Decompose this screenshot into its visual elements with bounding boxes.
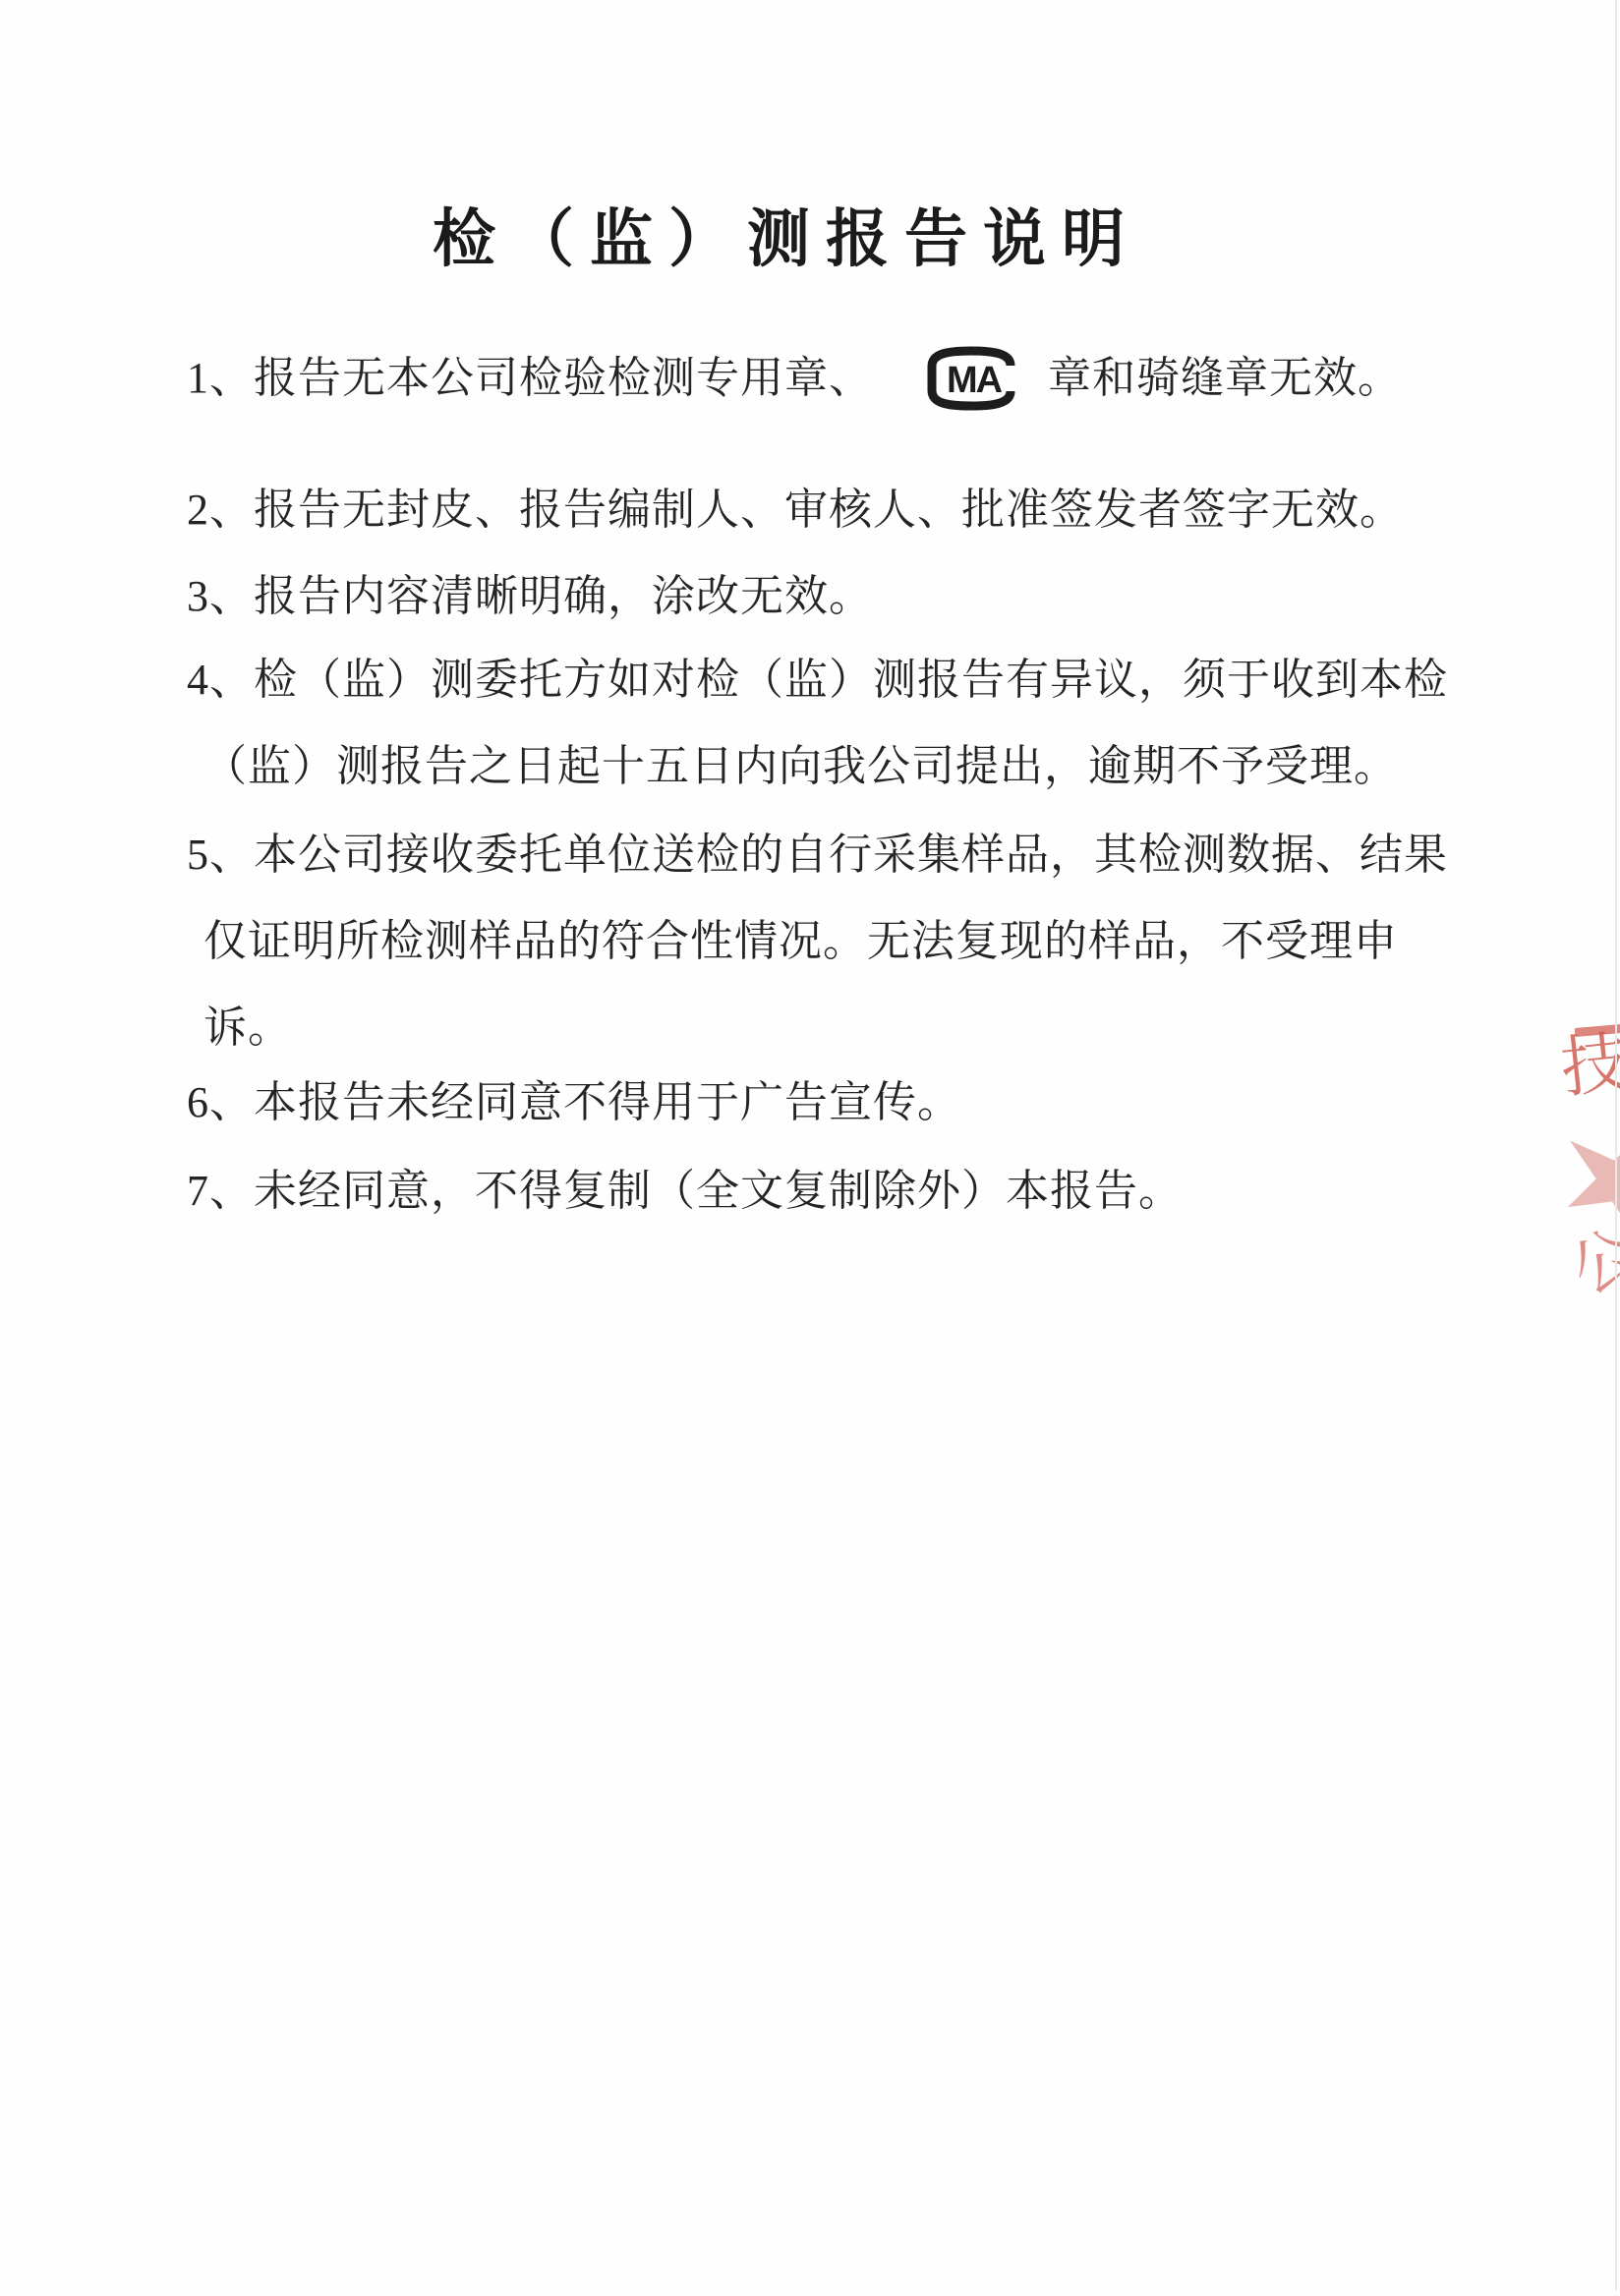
item-text-before-logo: 报告无本公司检验检测专用章、 bbox=[254, 354, 873, 402]
item-number: 2、 bbox=[187, 486, 254, 534]
cma-mark-letters: MA bbox=[947, 360, 1003, 401]
note-item-3: 3、报告内容清晰明确，涂改无效。 bbox=[187, 553, 873, 640]
item-number: 1、 bbox=[187, 354, 254, 402]
report-notes-page: 检（监）测报告说明 1、报告无本公司检验检测专用章、 MA 章和骑缝章无效。 2… bbox=[0, 0, 1620, 2296]
item-text: （监）测报告之日起十五日内向我公司提出，逾期不予受理。 bbox=[203, 742, 1398, 790]
item-text: 检（监）测委托方如对检（监）测报告有异议，须于收到本检 bbox=[254, 656, 1448, 704]
item-text: 报告内容清晰明确，涂改无效。 bbox=[254, 572, 873, 620]
item-number: 3、 bbox=[187, 572, 254, 620]
item-text-after-logo: 章和骑缝章无效。 bbox=[1048, 354, 1402, 402]
item-number: 4、 bbox=[187, 656, 254, 704]
item-text: 未经同意，不得复制（全文复制除外）本报告。 bbox=[254, 1167, 1183, 1215]
note-item-4-line-1: 4、检（监）测委托方如对检（监）测报告有异议，须于收到本检 bbox=[187, 637, 1448, 723]
item-text: 仅证明所检测样品的符合性情况。无法复现的样品，不受理申 bbox=[203, 917, 1398, 965]
note-item-5-line-1: 5、本公司接收委托单位送检的自行采集样品，其检测数据、结果 bbox=[187, 812, 1448, 898]
note-item-7-line: 7、未经同意，不得复制（全文复制除外）本报告。 bbox=[187, 1148, 1183, 1234]
item-number: 7、 bbox=[187, 1167, 254, 1215]
note-item-1: 1、报告无本公司检验检测专用章、 MA 章和骑缝章无效。 bbox=[187, 335, 1402, 422]
note-item-3-line: 3、报告内容清晰明确，涂改无效。 bbox=[187, 553, 873, 640]
note-item-1-line: 1、报告无本公司检验检测专用章、 MA 章和骑缝章无效。 bbox=[187, 335, 1402, 422]
note-item-4: 4、检（监）测委托方如对检（监）测报告有异议，须于收到本检 （监）测报告之日起十… bbox=[187, 637, 1448, 810]
note-item-5-line-3: 诉。 bbox=[187, 985, 1448, 1071]
item-text: 本报告未经同意不得用于广告宣传。 bbox=[254, 1078, 961, 1126]
note-item-2-line: 2、报告无封皮、报告编制人、审核人、批准签发者签字无效。 bbox=[187, 467, 1404, 553]
cma-certification-mark-icon: MA bbox=[924, 346, 1018, 411]
note-item-5-line-2: 仅证明所检测样品的符合性情况。无法复现的样品，不受理申 bbox=[187, 898, 1448, 985]
seal-character-fragment-top: 技 bbox=[1558, 1029, 1620, 1103]
note-item-2: 2、报告无封皮、报告编制人、审核人、批准签发者签字无效。 bbox=[187, 467, 1404, 553]
note-item-6-line: 6、本报告未经同意不得用于广告宣传。 bbox=[187, 1060, 961, 1146]
note-item-7: 7、未经同意，不得复制（全文复制除外）本报告。 bbox=[187, 1148, 1183, 1234]
seal-character-fragment-bottom: 公 bbox=[1561, 1219, 1620, 1305]
item-text: 本公司接收委托单位送检的自行采集样品，其检测数据、结果 bbox=[254, 831, 1448, 879]
item-number: 6、 bbox=[187, 1078, 254, 1126]
item-text: 报告无封皮、报告编制人、审核人、批准签发者签字无效。 bbox=[254, 486, 1404, 534]
note-item-5: 5、本公司接收委托单位送检的自行采集样品，其检测数据、结果 仅证明所检测样品的符… bbox=[187, 812, 1448, 1071]
note-item-6: 6、本报告未经同意不得用于广告宣传。 bbox=[187, 1060, 961, 1146]
page-title: 检（监）测报告说明 bbox=[0, 189, 1573, 279]
item-text: 诉。 bbox=[203, 1004, 292, 1052]
scan-edge-line bbox=[1615, 0, 1617, 2290]
item-number: 5、 bbox=[187, 831, 254, 879]
note-item-4-line-2: （监）测报告之日起十五日内向我公司提出，逾期不予受理。 bbox=[187, 723, 1448, 810]
